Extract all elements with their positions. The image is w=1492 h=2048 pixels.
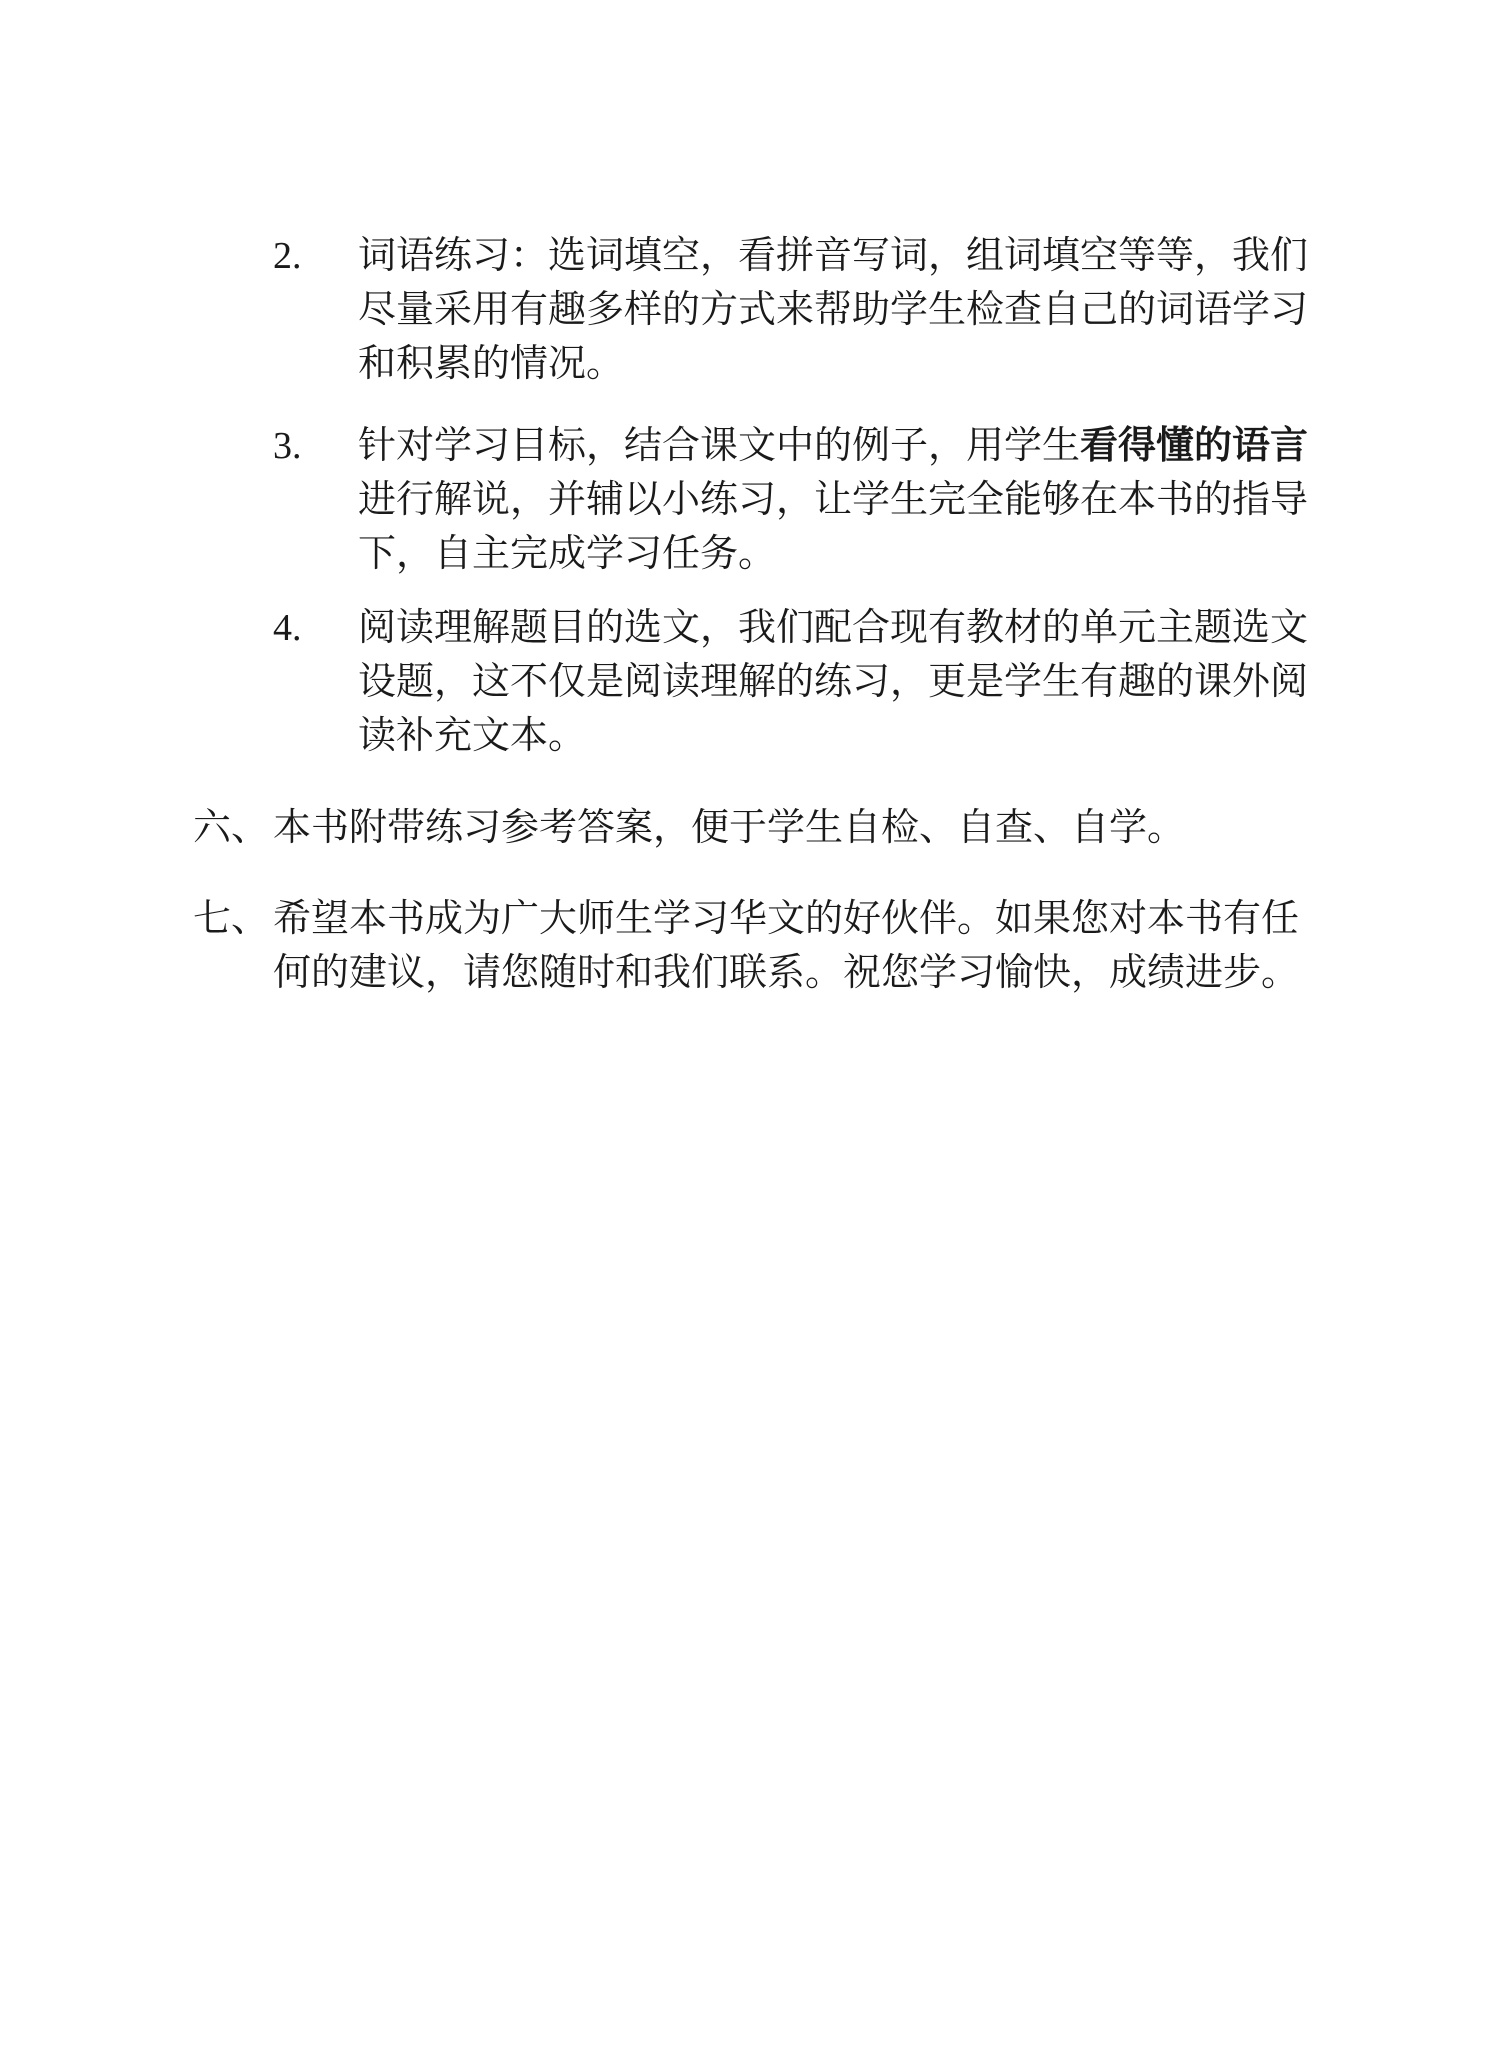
item-number: 2. [273,229,358,283]
list-item-4: 4. 阅读理解题目的选文，我们配合现有教材的单元主题选文 设题，这不仅是阅读理解… [273,601,1308,763]
item-text: 针对学习目标，结合课文中的例子，用学生看得懂的语言 进行解说，并辅以小练习，让学… [358,419,1308,581]
item-number: 六、 [193,801,273,855]
text-line: 和积累的情况。 [358,337,1308,391]
item-number: 3. [273,419,358,473]
text-line: 本书附带练习参考答案，便于学生自检、自查、自学。 [273,801,1185,855]
item-text: 本书附带练习参考答案，便于学生自检、自查、自学。 [273,801,1185,855]
text-line: 设题，这不仅是阅读理解的练习，更是学生有趣的课外阅 [358,655,1308,709]
text-line: 读补充文本。 [358,709,1308,763]
item-text: 希望本书成为广大师生学习华文的好伙伴。如果您对本书有任 何的建议，请您随时和我们… [273,892,1299,1000]
text-segment: 针对学习目标，结合课文中的例子，用学生 [358,425,1080,467]
text-line: 阅读理解题目的选文，我们配合现有教材的单元主题选文 [358,601,1308,655]
item-number: 4. [273,601,358,655]
list-item-3: 3. 针对学习目标，结合课文中的例子，用学生看得懂的语言 进行解说，并辅以小练习… [273,419,1308,581]
document-page: 2. 词语练习：选词填空，看拼音写词，组词填空等等，我们 尽量采用有趣多样的方式… [0,0,1492,2048]
text-line: 下，自主完成学习任务。 [358,527,1308,581]
list-item-qi: 七、 希望本书成为广大师生学习华文的好伙伴。如果您对本书有任 何的建议，请您随时… [193,892,1299,1000]
text-line: 希望本书成为广大师生学习华文的好伙伴。如果您对本书有任 [273,892,1299,946]
text-line: 何的建议，请您随时和我们联系。祝您学习愉快，成绩进步。 [273,946,1299,1000]
text-line: 尽量采用有趣多样的方式来帮助学生检查自己的词语学习 [358,283,1308,337]
list-item-2: 2. 词语练习：选词填空，看拼音写词，组词填空等等，我们 尽量采用有趣多样的方式… [273,229,1308,391]
list-item-liu: 六、 本书附带练习参考答案，便于学生自检、自查、自学。 [193,801,1185,855]
text-line: 针对学习目标，结合课文中的例子，用学生看得懂的语言 [358,419,1308,473]
bold-text-segment: 看得懂的语言 [1080,425,1308,467]
item-text: 词语练习：选词填空，看拼音写词，组词填空等等，我们 尽量采用有趣多样的方式来帮助… [358,229,1308,391]
text-line: 进行解说，并辅以小练习，让学生完全能够在本书的指导 [358,473,1308,527]
item-number: 七、 [193,892,273,946]
item-text: 阅读理解题目的选文，我们配合现有教材的单元主题选文 设题，这不仅是阅读理解的练习… [358,601,1308,763]
text-line: 词语练习：选词填空，看拼音写词，组词填空等等，我们 [358,229,1308,283]
